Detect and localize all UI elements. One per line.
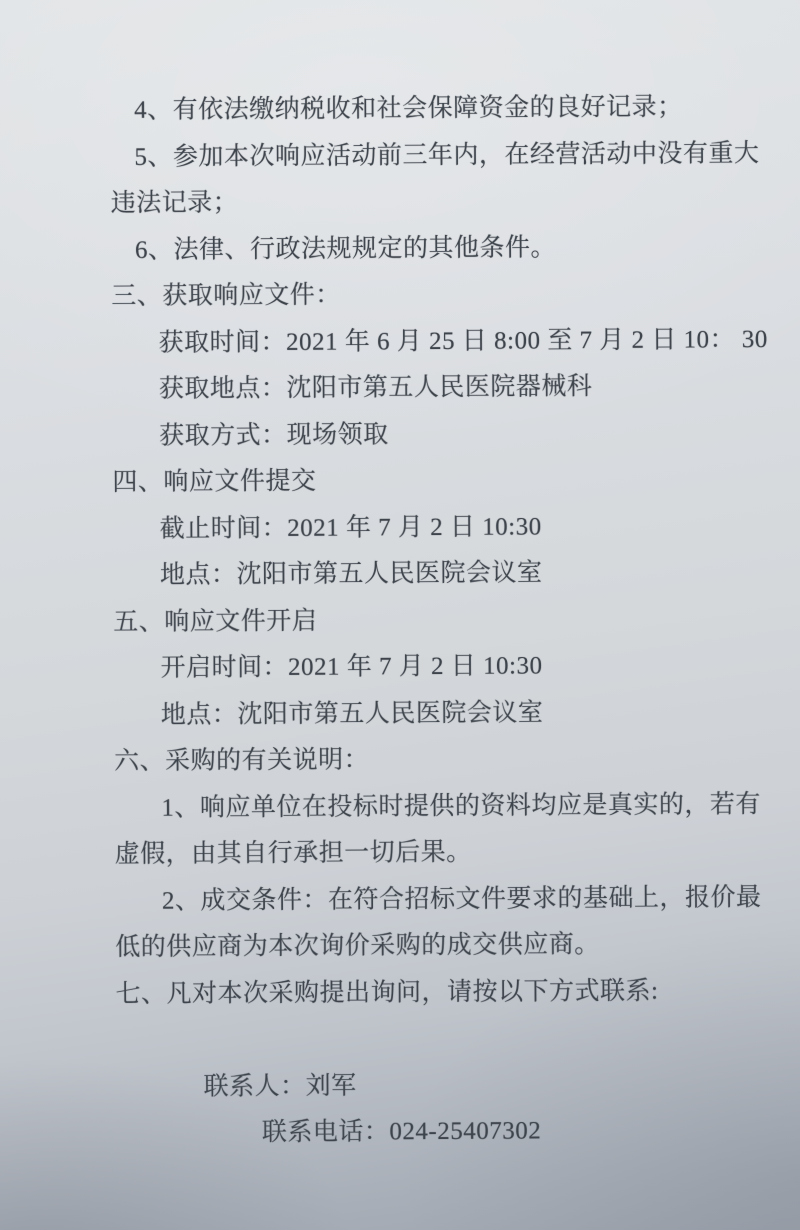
obtain-time-line: 获取时间：2021 年 6 月 25 日 8:00 至 7 月 2 日 10： … [111,316,771,367]
clause-6: 6、法律、行政法规规定的其他条件。 [111,223,771,274]
document-page: 4、有依法缴纳税收和社会保障资金的良好记录； 5、参加本次响应活动前三年内，在经… [110,84,776,1065]
note-2-line: 2、成交条件：在符合招标文件要求的基础上，报价最 [115,874,775,925]
contact-phone: 联系电话：024-25407302 [262,1117,541,1146]
obtain-place-line: 获取地点：沈阳市第五人民医院器械科 [112,363,772,414]
obtain-method-line: 获取方式：现场领取 [112,409,772,460]
section-5-heading: 五、响应文件开启 [113,595,773,646]
contact-person: 联系人：刘军 [204,1072,357,1100]
clause-4: 4、有依法缴纳税收和社会保障资金的良好记录； [110,84,770,135]
note-2-cont: 低的供应商为本次询价采购的成交供应商。 [115,921,775,972]
deadline-time-line: 截止时间：2021 年 7 月 2 日 10:30 [113,502,773,553]
open-place-line: 地点：沈阳市第五人民医院会议室 [114,688,774,739]
contact-line: 联系人：刘军 联系电话：024-25407302 [116,1014,776,1065]
clause-5: 5、参加本次响应活动前三年内，在经营活动中没有重大 [110,130,770,181]
section-3-heading: 三、获取响应文件： [111,270,771,321]
note-1-cont: 虚假，由其自行承担一切后果。 [115,828,775,879]
open-time-line: 开启时间：2021 年 7 月 2 日 10:30 [113,642,773,693]
document-photo: 4、有依法缴纳税收和社会保障资金的良好记录； 5、参加本次响应活动前三年内，在经… [0,0,800,1230]
section-7-heading: 七、凡对本次采购提出询问，请按以下方式联系: [115,967,775,1018]
section-6-heading: 六、采购的有关说明： [114,735,774,786]
note-1-line: 1、响应单位在投标时提供的资料均应是真实的，若有 [114,781,774,832]
section-4-heading: 四、响应文件提交 [112,456,772,507]
clause-5-cont: 违法记录； [111,177,771,228]
submit-place-line: 地点：沈阳市第五人民医院会议室 [113,549,773,600]
